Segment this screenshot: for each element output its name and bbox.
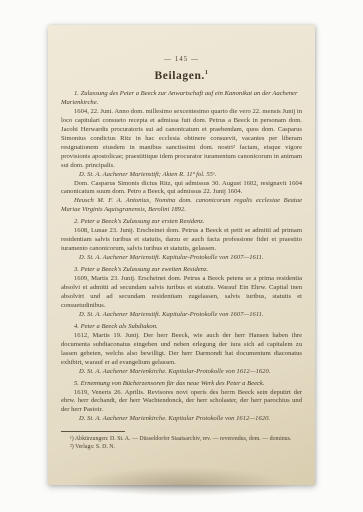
section-1-heading: 1. Zulassung des Peter a Beeck zur Anwar… — [61, 90, 302, 108]
section-2-source: D. St. A. Aachener Marienstift. Kapitula… — [61, 254, 302, 263]
section-5-source: D. St. A. Aachener Marienkirche. Kapitul… — [61, 415, 302, 424]
page-title-text: Beilagen. — [154, 70, 204, 82]
section-4-heading: 4. Peter a Beeck als Subdiakon. — [61, 323, 302, 332]
section-3-heading: 3. Peter a Beeck's Zulassung zur zweiten… — [61, 266, 302, 275]
section-2-heading: 2. Peter a Beeck's Zulassung zur ersten … — [61, 218, 302, 227]
section-1-note: Dom. Casparus Simonis dictus Ritz, qui a… — [61, 180, 302, 198]
section-5-paragraph: 1619, Veneris 26. Aprilis. Revisores nov… — [61, 389, 302, 416]
footnote-2: ²) Verlags: S. D. N. — [61, 444, 302, 452]
section-5-heading: 5. Ernennung von Bücherzensoren für das … — [61, 380, 302, 389]
scan-backdrop: — 145 — Beilagen.1 1. Zulassung des Pete… — [0, 0, 363, 512]
page-title: Beilagen.1 — [61, 70, 302, 82]
footnote-separator — [61, 431, 125, 432]
section-1-source: D. St. A. Aachener Marienstift; Akten R.… — [61, 171, 302, 180]
scanned-book-page: — 145 — Beilagen.1 1. Zulassung des Pete… — [48, 25, 315, 485]
section-2-paragraph: 1608, Lunae 23. Junij. Erscheinet dom. P… — [61, 227, 302, 254]
section-1-reference: Heusch M. F. A. Antonius, Nomina dom. ca… — [61, 197, 302, 215]
section-3-paragraph: 1609, Martis 23. Junij. Erscheinet dom. … — [61, 275, 302, 311]
section-1-paragraph: 1604, 22. Juni. Anno dom. millesimo sexc… — [61, 108, 302, 171]
section-4-source: D. St. A. Aachener Marienkirche. Kapitul… — [61, 368, 302, 377]
section-3-source: D. St. A. Aachener Marienstift. Kapitula… — [61, 311, 302, 320]
section-4-paragraph: 1612, Martis 19. Junij. Der herr Beeck, … — [61, 332, 302, 368]
page-number: — 145 — — [61, 55, 302, 63]
title-footnote-marker: 1 — [205, 70, 209, 76]
